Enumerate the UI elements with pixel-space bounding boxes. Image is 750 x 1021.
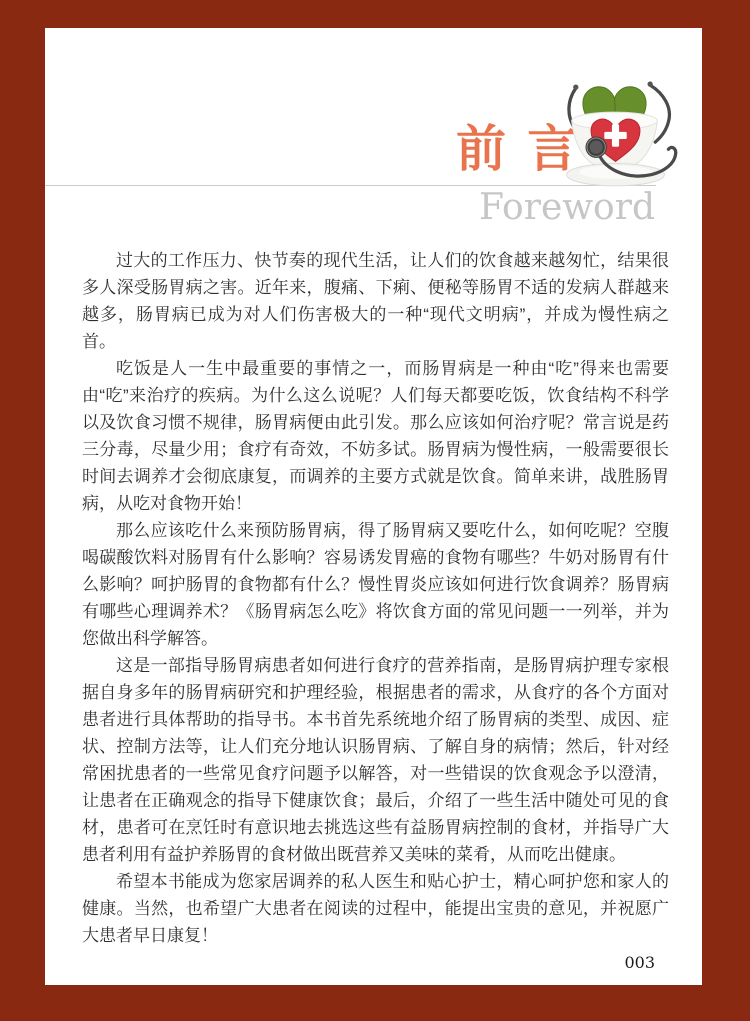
page-frame: 前 言 Foreword <box>0 0 750 1021</box>
paragraph-5: 希望本书能成为您家居调养的私人医生和贴心护士，精心呵护您和家人的健康。当然，也希… <box>82 868 669 949</box>
paragraph-1: 过大的工作压力、快节奏的现代生活，让人们的饮食越来越匆忙，结果很多人深受肠胃病之… <box>82 247 669 355</box>
paragraph-2: 吃饭是人一生中最重要的事情之一，而肠胃病是一种由“吃”得来也需要由“吃”来治疗的… <box>82 355 669 517</box>
page-sheet: 前 言 Foreword <box>45 28 702 985</box>
paragraph-3: 那么应该吃什么来预防肠胃病，得了肠胃病又要吃什么，如何吃呢？空腹喝碳酸饮料对肠胃… <box>82 517 669 652</box>
foreword-subtitle: Foreword <box>479 186 655 229</box>
teacup-hearts-stethoscope-icon <box>551 80 679 192</box>
preface-body: 过大的工作压力、快节奏的现代生活，让人们的饮食越来越匆忙，结果很多人深受肠胃病之… <box>82 247 669 949</box>
paragraph-4: 这是一部指导肠胃病患者如何进行食疗的营养指南，是肠胃病护理专家根据自身多年的肠胃… <box>82 652 669 868</box>
page-number: 003 <box>624 953 655 972</box>
